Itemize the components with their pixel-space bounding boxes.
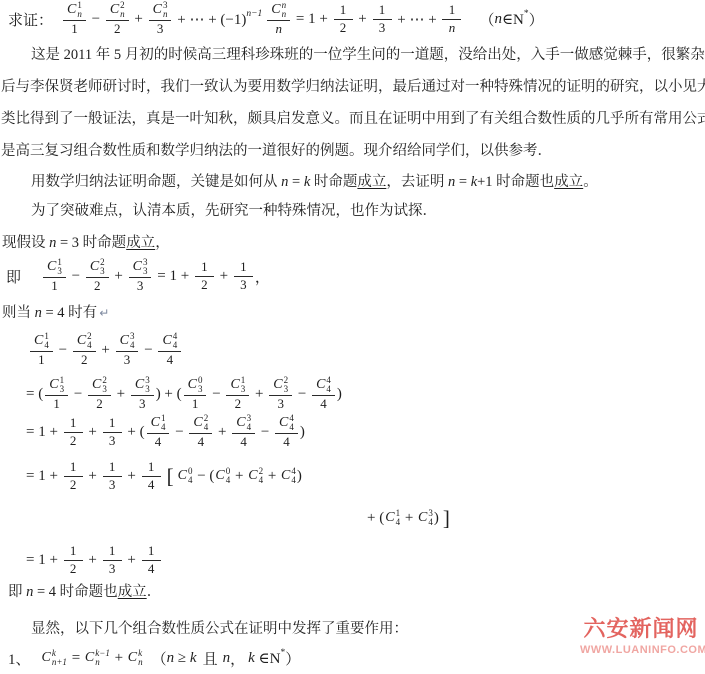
fraction-numerator: C13 [226,376,249,396]
assume-n3-sentence: 现假设 n = 3 时命题成立， [2,233,170,253]
combination-subscript: n [163,10,168,19]
combination-symbol: C23 [90,258,105,276]
fraction-numerator: C13 [43,258,66,278]
math-token: 2 [340,21,347,36]
combination-subscript: 4 [44,341,49,350]
fraction-denominator: 4 [167,352,174,368]
fraction: C141 [30,332,53,368]
text-run: 显然，以下几个组合数性质公式在证明中发挥了重要作用： [31,621,408,637]
math-token: 1 [71,22,78,37]
math-token: − [257,424,273,441]
math-token: + [124,552,140,569]
combination-scripts: 23 [102,376,107,394]
math-token: 1 [70,544,77,559]
math-token: + [111,268,127,285]
induction-key-sentence: 用数学归纳法证明命题，关键是如何从 n = k 时命题成立，去证明 n = k+… [31,172,598,192]
fraction-denominator: 1 [38,352,45,368]
fraction: C343 [116,332,139,368]
fraction-denominator: 3 [109,561,116,577]
combination-symbol: C34 [120,332,135,350]
math-token: C [128,650,137,666]
fraction: C3n3 [149,1,172,37]
math-token: C [178,468,187,484]
combination-symbol: C1n [67,1,82,19]
combination-scripts: 24 [259,467,264,485]
math-token: ， [255,266,270,287]
fraction-denominator: 1 [192,396,199,412]
combination-symbol: C44 [162,332,177,350]
combination-subscript: 4 [204,423,209,432]
fraction-numerator: 1 [103,416,122,433]
fraction-denominator: 2 [114,21,121,37]
superscript: * [524,9,529,19]
combination-scripts: 34 [247,414,252,432]
combination-subscript: 3 [143,267,148,276]
combination-subscript: 4 [396,518,401,527]
math-variable: k [190,650,197,667]
fraction-denominator: 2 [70,477,77,493]
combination-symbol: C3n [153,1,168,19]
math-token: 3 [109,478,116,493]
math-token: C [230,377,239,393]
watermark-site-name: 六安新闻网 [580,612,702,643]
fraction: 12 [64,416,83,449]
math-token: C [49,377,58,393]
math-token: + [124,468,140,485]
fraction-numerator: C33 [131,376,154,396]
math-token: ， [230,648,245,669]
math-token: 4 [155,435,162,450]
combination-symbol: C13 [49,376,64,394]
fraction-numerator: 1 [103,460,122,477]
math-token: 1 [148,544,155,559]
text-run: 是高三复习组合数性质和数学归纳法的一道很好的例题。现介绍给同学们，以供参考． [1,143,552,159]
combination-symbol: C44 [316,376,331,394]
combination-scripts: 34 [130,332,135,350]
math-token: + [401,510,417,527]
combination-scripts: kn [138,649,143,667]
fraction-numerator: C03 [184,376,207,396]
combination-subscript: 3 [145,385,150,394]
fraction: C031 [184,376,207,412]
math-token: C [193,415,202,431]
fraction: 13 [103,416,122,449]
math-token: − [55,342,71,359]
fraction-numerator: 1 [142,460,161,477]
math-token: − [294,386,310,403]
fraction-numerator: Cnn [267,1,290,21]
combination-subscript: 3 [57,267,62,276]
combination-symbol: Cnn [271,1,286,19]
combination-symbol: C13 [230,376,245,394]
combination-symbol: C33 [133,258,148,276]
fraction-denominator: 2 [94,278,101,294]
fraction: C444 [158,332,181,368]
math-variable: n [275,22,282,37]
n4-step-1: = (C131 − C232 + C333) + (C031 − C132 + … [26,374,342,414]
text-run: n [35,305,42,321]
fraction-numerator: 1 [142,544,161,561]
math-token: 4 [283,435,290,450]
math-token: C [34,333,43,349]
text-run: 成立 [118,584,147,600]
math-token: 1 [70,416,77,431]
math-token: 2 [235,397,242,412]
intro-paragraph-line-2: 后与李保贤老师研讨时，我们一致认为要用数学归纳法证明，最后通过对一种特殊情况的证… [1,77,705,97]
fraction-denominator: 4 [155,434,162,450]
math-token: + [251,386,267,403]
fraction-numerator: 1 [64,460,83,477]
combination-scripts: 1n [77,1,82,19]
math-token: 4 [320,397,327,412]
math-token: + [264,468,280,485]
combination-subscript: 4 [188,476,193,485]
combination-symbol: C44 [279,414,294,432]
fraction-numerator: 1 [334,3,353,20]
watermark: 六安新闻网 WWW.LUANINFO.COM [580,612,702,656]
combination-subscript: 4 [428,518,433,527]
math-token: = 1 + [292,11,331,28]
text-run: 成立 [554,174,583,190]
math-token: 2 [81,353,88,368]
math-token: 3 [109,562,116,577]
fraction-numerator: C44 [158,332,181,352]
combination-scripts: 24 [87,332,92,350]
math-token: C [77,333,86,349]
combination-scripts: 14 [44,332,49,350]
math-token: 3 [240,278,247,293]
n4-step-3: = 1 + 12 + 13 + 14[C04 − (C04 + C24 + C4… [26,456,302,496]
text-run: ． [147,584,162,600]
bracket: [ [167,466,174,487]
math-token: − [140,342,156,359]
math-token: （ [152,648,167,669]
math-token: C [273,377,282,393]
combination-subscript: n [120,10,125,19]
combination-scripts: 44 [173,332,178,350]
fraction-numerator: C24 [73,332,96,352]
math-variable: n [494,11,502,28]
combination-scripts: 13 [57,258,62,276]
combination-subscript: n [282,10,287,19]
text-run: 则当 [2,305,35,321]
fraction: 13 [103,544,122,577]
combination-symbol: C04 [178,467,193,485]
combination-subscript: n [95,658,110,667]
fraction-denominator: 1 [53,396,60,412]
math-token: = [68,650,84,667]
fraction: C242 [73,332,96,368]
fraction-denominator: 4 [148,561,155,577]
text-run: 成立 [126,235,155,251]
combination-scripts: 14 [396,509,401,527]
math-token: C [42,650,51,666]
math-token: 3 [124,353,131,368]
n4-result: = 1 + 12 + 13 + 14 [26,540,163,580]
math-token: ） [529,9,544,30]
n3-case-formula: 即C131 − C232 + C333 = 1 + 12 + 13， [6,256,270,296]
document-page: 求证：C1n1 − C2n2 + C3n3 + ⋯ + (−1)n−1Cnnn … [0,0,705,674]
fraction-numerator: C34 [116,332,139,352]
text-run: 。 [583,174,598,190]
math-token: 2 [94,279,101,294]
math-token: 1 [109,460,116,475]
fraction-numerator: C13 [45,376,68,396]
text-run: 为了突破难点，认清本质，先研究一种特殊情况，也作为试探． [31,203,437,219]
math-token: = 1 + [153,268,192,285]
math-token: C [90,259,99,275]
math-token: C [385,510,394,526]
fraction-denominator: 2 [201,277,208,293]
math-token: C [133,259,142,275]
math-token: + [85,424,101,441]
math-token: ) [337,386,342,403]
fraction: 12 [64,544,83,577]
math-token: 即 [6,266,21,287]
combination-subscript: 4 [289,423,294,432]
math-token: C [120,333,129,349]
fraction: C444 [312,376,335,412]
math-token: + [113,386,129,403]
math-token: C [316,377,325,393]
math-token: 2 [70,478,77,493]
math-token: ） [285,648,300,669]
math-token: C [271,2,280,18]
fraction-numerator: C14 [147,414,170,434]
math-token: 4 [240,435,247,450]
fraction-denominator: 3 [157,21,164,37]
combination-scripts: 24 [204,414,209,432]
combination-symbol: C14 [385,509,400,527]
fraction-numerator: C24 [189,414,212,434]
fraction-denominator: 4 [240,434,247,450]
fraction-numerator: C33 [129,258,152,278]
combination-symbol: C24 [193,414,208,432]
n4-conclusion-sentence: 即 n = 4 时命题也成立． [8,582,161,602]
combination-symbol: C13 [47,258,62,276]
math-token: 2 [70,562,77,577]
math-token: 2 [70,434,77,449]
fraction-numerator: C34 [232,414,255,434]
combination-subscript: n [138,658,143,667]
fraction-numerator: 1 [234,260,253,277]
math-token: + [216,268,232,285]
fraction-numerator: C23 [88,376,111,396]
combination-subscript: 4 [226,476,231,485]
combination-symbol: C24 [77,332,92,350]
math-token: 1 [109,416,116,431]
combination-subscript: 4 [87,341,92,350]
fraction: C232 [88,376,111,412]
combination-symbol: C34 [236,414,251,432]
text-run: = [455,174,470,190]
proof-goal-formula: 求证：C1n1 − C2n2 + C3n3 + ⋯ + (−1)n−1Cnnn … [8,0,544,38]
math-token: ∈N [255,649,281,668]
math-token: 1 [109,544,116,559]
math-token: 3 [109,434,116,449]
math-variable: n [167,650,175,667]
math-token: C [236,415,245,431]
combination-scripts: 44 [326,376,331,394]
math-token: 4 [198,435,205,450]
math-token: 1 [53,397,60,412]
fraction-denominator: 3 [109,477,116,493]
fraction: 14 [142,460,161,493]
text-run: 即 [8,584,26,600]
math-token: = ( [26,386,43,403]
combination-subscript: 4 [326,385,331,394]
math-token: − [171,424,187,441]
fraction-denominator: 3 [137,278,144,294]
combination-symbol: C24 [248,467,263,485]
text-run: 时命题 [310,174,357,190]
fraction: C333 [129,258,152,294]
math-token: C [135,377,144,393]
fraction-denominator: 1 [51,278,58,294]
math-token: + [111,650,127,667]
math-token: 4 [148,562,155,577]
intro-paragraph-line-1: 这是 2011 年 5 月初的时候高三理科珍珠班的一位学生问的一道题，没给出处，… [31,45,705,65]
math-token: 1 [192,397,199,412]
properties-intro-sentence: 显然，以下几个组合数性质公式在证明中发挥了重要作用： [31,619,408,639]
fraction-denominator: 3 [379,20,386,36]
fraction: 12 [64,460,83,493]
fraction-denominator: 2 [70,561,77,577]
fraction-denominator: 3 [139,396,146,412]
math-token: + [131,11,147,28]
fraction-numerator: C1n [63,1,86,21]
combination-subscript: 3 [241,385,246,394]
text-run: 现假设 [2,235,49,251]
math-token: 2 [114,22,121,37]
fraction: C444 [275,414,298,450]
combination-subscript: 4 [161,423,166,432]
fraction-denominator: 2 [70,433,77,449]
math-token: − [68,268,84,285]
math-token: 求证： [8,9,53,30]
combination-subscript: 3 [102,385,107,394]
math-token: ≥ [174,650,190,667]
fraction-numerator: C14 [30,332,53,352]
combination-subscript: n [77,10,82,19]
math-token: 1、 [8,648,31,669]
fraction-numerator: 1 [195,260,214,277]
math-token: ) + ( [156,386,182,403]
fraction-numerator: C2n [106,1,129,21]
combination-scripts: k−1n [95,649,110,667]
math-token: 1 [201,260,208,275]
math-token: ) [297,468,302,485]
math-token: C [85,650,94,666]
math-token: − [88,11,104,28]
fraction-denominator: n [449,20,456,36]
fraction-numerator: 1 [442,3,461,20]
bracket: ] [443,508,450,529]
math-token: + [231,468,247,485]
combination-subscript: 4 [173,341,178,350]
fraction-numerator: 1 [64,544,83,561]
combination-symbol: C23 [273,376,288,394]
math-token: 且 [203,648,218,669]
fraction-denominator: 4 [283,434,290,450]
math-token: （ [479,9,494,30]
combination-subscript: n+1 [52,658,67,667]
combination-symbol: C23 [92,376,107,394]
math-token: + [85,468,101,485]
math-token: C [92,377,101,393]
fraction-denominator: n [275,21,282,37]
math-token: 2 [201,278,208,293]
math-token: 1 [449,3,456,18]
combination-subscript: 3 [100,267,105,276]
fraction: C132 [226,376,249,412]
text-run: 这是 2011 年 5 月初的时候高三理科珍珠班的一位学生问的一道题，没给出处，… [31,47,705,63]
fraction: 13 [103,460,122,493]
math-token: ) [434,510,439,527]
fraction-denominator: 4 [198,434,205,450]
then-n4-sentence: 则当 n = 4 时有↵ [2,303,109,323]
combination-scripts: 03 [198,376,203,394]
math-token: C [248,468,257,484]
combination-scripts: 3n [163,1,168,19]
math-token: C [162,333,171,349]
combination-symbol: C2n [110,1,125,19]
fraction: 13 [373,3,392,36]
math-token: = 1 + [26,424,62,441]
math-token: 3 [157,22,164,37]
text-run: 后与李保贤老师研讨时，我们一致认为要用数学归纳法证明，最后通过对一种特殊情况的证… [1,79,705,95]
fraction: 13 [234,260,253,293]
fraction: C2n2 [106,1,129,37]
combination-symbol: Ckn+1 [42,649,67,667]
combination-subscript: 4 [259,476,264,485]
math-token: 3 [379,21,386,36]
combination-symbol: Ckn [128,649,143,667]
math-token: 1 [70,460,77,475]
text-run: 成立 [357,174,386,190]
combination-symbol: C14 [34,332,49,350]
fraction-denominator: 2 [81,352,88,368]
math-token: C [281,468,290,484]
combination-scripts: 13 [60,376,65,394]
math-token: + ( [124,424,145,441]
fraction: C244 [189,414,212,450]
combination-scripts: 23 [100,258,105,276]
fraction-numerator: C23 [269,376,292,396]
math-token: ) [300,424,305,441]
fraction: Cnnn [267,1,290,37]
combination-scripts: 44 [291,467,296,485]
text-run: ， [155,235,170,251]
math-token: C [215,468,224,484]
math-token: 1 [379,3,386,18]
combination-scripts: 04 [188,467,193,485]
math-token: 4 [148,478,155,493]
text-run: +1 时命题也 [477,174,554,190]
text-run: 用数学归纳法证明命题，关键是如何从 [31,174,281,190]
math-token: C [418,510,427,526]
fraction-denominator: 3 [124,352,131,368]
combination-subscript: 4 [291,476,296,485]
fraction-denominator: 3 [277,396,284,412]
superscript: * [280,648,285,658]
combination-scripts: 14 [161,414,166,432]
math-token: 1 [51,279,58,294]
combination-subscript: 4 [130,341,135,350]
fraction: C344 [232,414,255,450]
text-run: ，去证明 [386,174,448,190]
fraction-denominator: 2 [235,396,242,412]
